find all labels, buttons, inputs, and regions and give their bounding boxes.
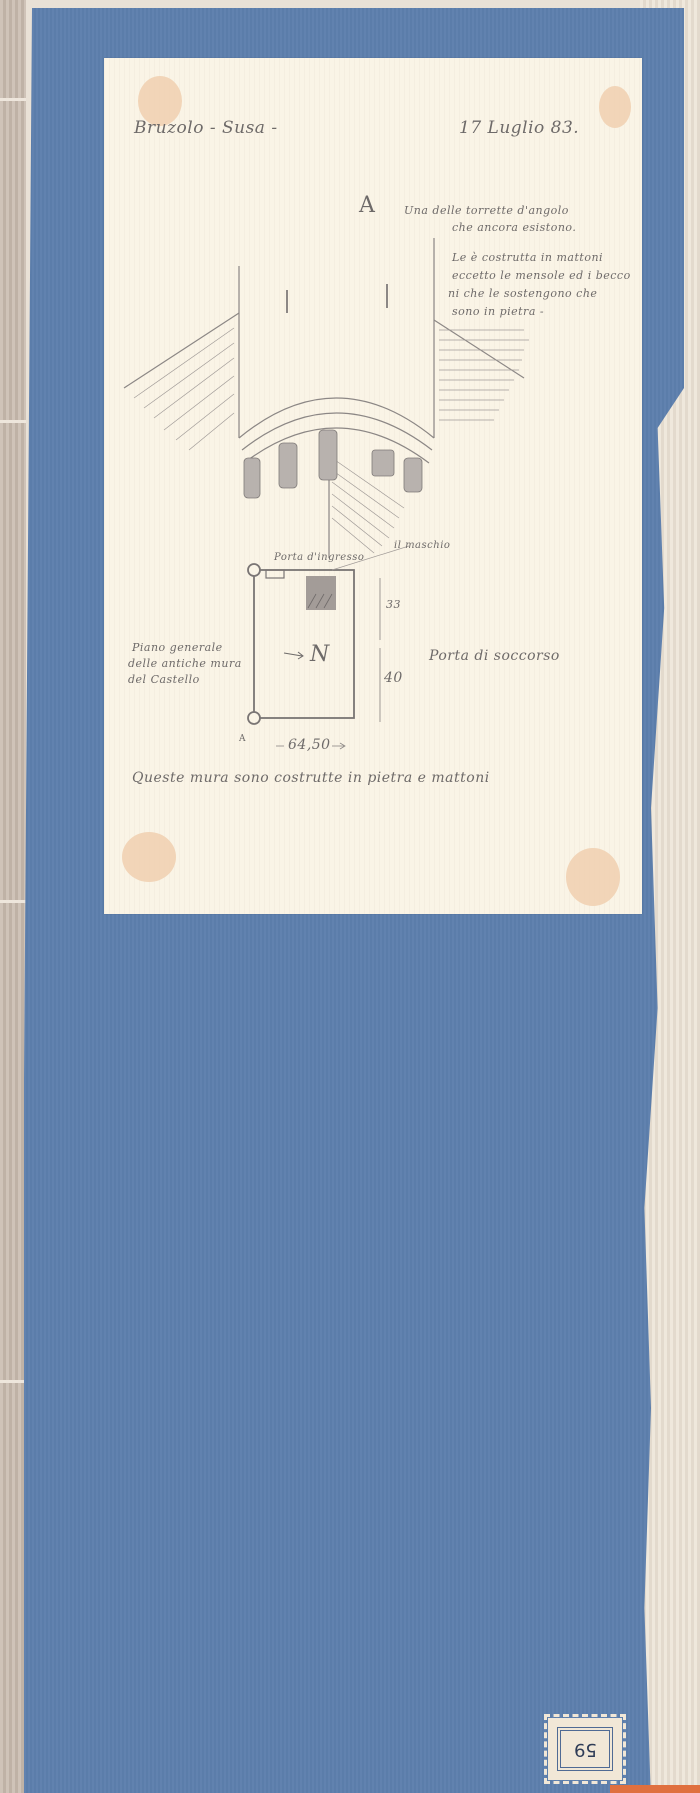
- corner-label: A: [239, 734, 246, 744]
- stamp-frame: 59: [557, 1727, 613, 1771]
- dimension-upper: 33: [386, 598, 401, 611]
- strip-mark: [0, 900, 26, 903]
- footer-note: Queste mura sono costrutte in pietra e m…: [132, 770, 490, 786]
- dimension-lower: 40: [384, 670, 403, 686]
- keep-label: il maschio: [394, 540, 450, 551]
- inventory-stamp: 59: [548, 1718, 622, 1780]
- stamp-number: 59: [574, 1739, 597, 1760]
- keep-block: [306, 576, 336, 610]
- strip-mark: [0, 420, 26, 423]
- north-label: N: [310, 642, 330, 667]
- strip-mark: [0, 1380, 26, 1383]
- sketch-sheet: Bruzolo - Susa - 17 Luglio 83. A Una del…: [104, 58, 642, 914]
- plan-title-line-3: del Castello: [128, 673, 200, 686]
- color-bar-edge: [610, 1785, 700, 1793]
- dimension-width: 64,50: [288, 737, 331, 753]
- plan-title-line-1: Piano generale: [132, 641, 223, 654]
- plan-title-line-2: delle antiche mura: [128, 657, 242, 670]
- entrance-label: Porta d'ingresso: [274, 552, 364, 563]
- postern-label: Porta di soccorso: [429, 648, 560, 664]
- strip-mark: [0, 98, 26, 101]
- left-edge-strip: [0, 0, 26, 1793]
